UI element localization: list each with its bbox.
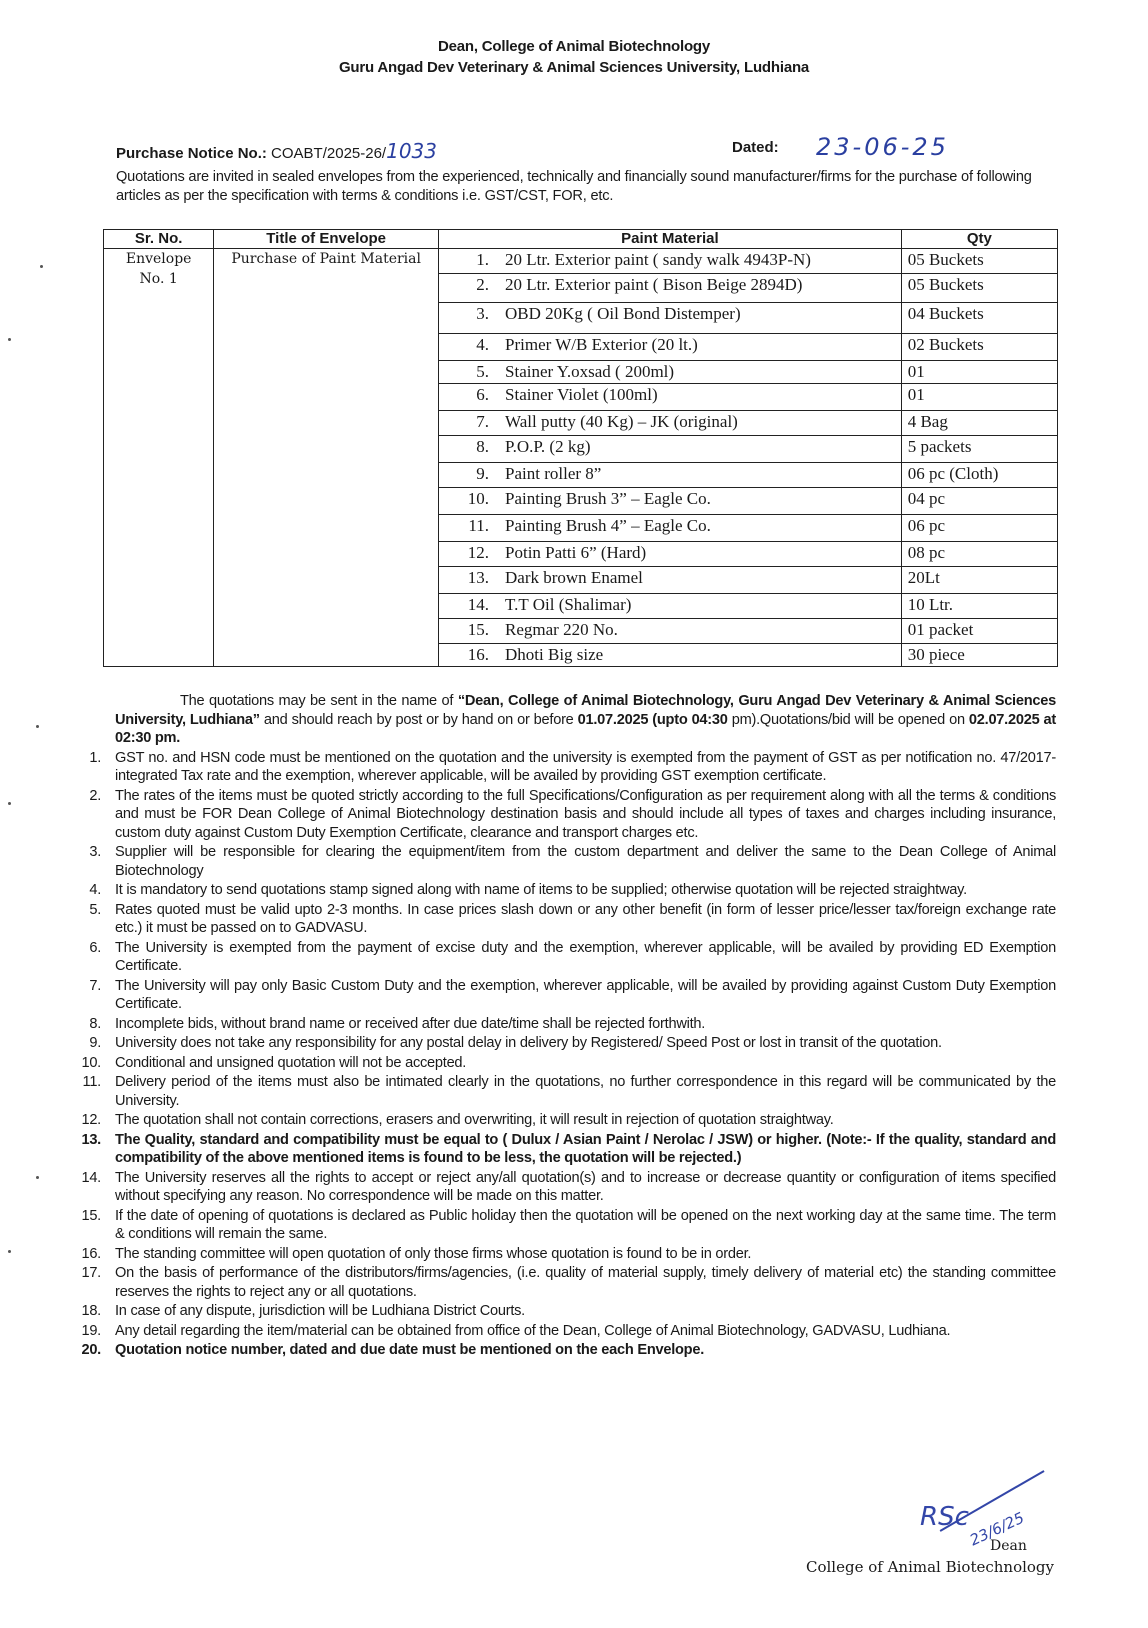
scan-speck [8,802,11,805]
item-number: 11. [451,515,489,537]
condition-item: 8.Incomplete bids, without brand name or… [60,1015,1056,1034]
condition-number: 4. [60,881,115,900]
condition-item: 1.GST no. and HSN code must be mentioned… [60,749,1056,786]
material-cell: 14.T.T Oil (Shalimar) [439,594,902,619]
item-number: 1. [451,249,489,271]
terms-section: The quotations may be sent in the name o… [60,692,1056,1361]
scan-speck [8,1250,11,1253]
notice-number-handwritten: 1033 [386,139,437,163]
condition-item: 18.In case of any dispute, jurisdiction … [60,1302,1056,1321]
purchase-notice-page: Dean, College of Animal Biotechnology Gu… [0,0,1148,1628]
submission-paragraph: The quotations may be sent in the name o… [60,692,1056,748]
condition-item: 20.Quotation notice number, dated and du… [60,1341,1056,1360]
condition-item: 3.Supplier will be responsible for clear… [60,843,1056,880]
header-dean-title: Dean, College of Animal Biotechnology [0,38,1148,55]
condition-item: 6.The University is exempted from the pa… [60,939,1056,976]
condition-item: 13.The Quality, standard and compatibili… [60,1131,1056,1168]
condition-item: 9.University does not take any responsib… [60,1034,1056,1053]
item-number: 6. [451,384,489,406]
condition-number: 5. [60,901,115,938]
item-material: 20 Ltr. Exterior paint ( Bison Beige 289… [505,275,802,294]
dated-label: Dated: [732,139,779,156]
condition-item: 7.The University will pay only Basic Cus… [60,977,1056,1014]
header-title-of-envelope: Title of Envelope [214,230,439,249]
conditions-list: 1.GST no. and HSN code must be mentioned… [60,749,1056,1360]
condition-text: Any detail regarding the item/material c… [115,1322,1056,1341]
qty-cell: 01 packet [901,619,1057,644]
envelope-label: Envelope [110,249,207,269]
condition-item: 17.On the basis of performance of the di… [60,1264,1056,1301]
condition-number: 1. [60,749,115,786]
condition-number: 9. [60,1034,115,1053]
item-number: 12. [451,542,489,564]
item-material: Dark brown Enamel [505,568,643,587]
condition-text: Quotation notice number, dated and due d… [115,1341,1056,1360]
dated-handwritten: 23-06-25 [816,133,949,161]
material-cell: 5.Stainer Y.oxsad ( 200ml) [439,361,902,384]
item-number: 15. [451,619,489,641]
condition-text: If the date of opening of quotations is … [115,1207,1056,1244]
qty-cell: 06 pc [901,515,1057,542]
condition-text: The Quality, standard and compatibility … [115,1131,1056,1168]
item-number: 3. [451,303,489,325]
item-material: Painting Brush 4” – Eagle Co. [505,516,711,535]
item-material: Paint roller 8” [505,464,601,483]
item-material: Painting Brush 3” – Eagle Co. [505,489,711,508]
item-material: 20 Ltr. Exterior paint ( sandy walk 4943… [505,250,811,269]
item-number: 4. [451,334,489,356]
qty-cell: 05 Buckets [901,274,1057,303]
condition-text: The rates of the items must be quoted st… [115,787,1056,843]
item-material: Primer W/B Exterior (20 lt.) [505,335,698,354]
submission-text-2: and should reach by post or by hand on o… [260,712,578,728]
item-material: OBD 20Kg ( Oil Bond Distemper) [505,304,741,323]
condition-text: It is mandatory to send quotations stamp… [115,881,1056,900]
condition-number: 3. [60,843,115,880]
material-cell: 1.20 Ltr. Exterior paint ( sandy walk 49… [439,249,902,274]
condition-number: 18. [60,1302,115,1321]
scan-speck [8,338,11,341]
condition-number: 13. [60,1131,115,1168]
condition-text: University does not take any responsibil… [115,1034,1056,1053]
item-material: Stainer Violet (100ml) [505,385,658,404]
material-cell: 3.OBD 20Kg ( Oil Bond Distemper) [439,303,902,334]
condition-number: 20. [60,1341,115,1360]
item-number: 5. [451,361,489,383]
condition-number: 2. [60,787,115,843]
condition-text: The University is exempted from the paym… [115,939,1056,976]
condition-item: 5.Rates quoted must be valid upto 2-3 mo… [60,901,1056,938]
items-table: Sr. No. Title of Envelope Paint Material… [103,229,1058,667]
intro-paragraph: Quotations are invited in sealed envelop… [116,168,1056,206]
qty-cell: 08 pc [901,542,1057,567]
condition-item: 11.Delivery period of the items must als… [60,1073,1056,1110]
condition-number: 15. [60,1207,115,1244]
table-row: EnvelopeNo. 1Purchase of Paint Material1… [104,249,1058,274]
qty-cell: 04 Buckets [901,303,1057,334]
item-number: 10. [451,488,489,510]
condition-text: Incomplete bids, without brand name or r… [115,1015,1056,1034]
material-cell: 11.Painting Brush 4” – Eagle Co. [439,515,902,542]
item-number: 7. [451,411,489,433]
material-cell: 4.Primer W/B Exterior (20 lt.) [439,334,902,361]
condition-text: Supplier will be responsible for clearin… [115,843,1056,880]
item-number: 16. [451,644,489,666]
qty-cell: 30 piece [901,644,1057,667]
qty-cell: 06 pc (Cloth) [901,463,1057,488]
scan-speck [36,725,39,728]
envelope-number-cell: EnvelopeNo. 1 [104,249,214,667]
condition-item: 4.It is mandatory to send quotations sta… [60,881,1056,900]
qty-cell: 01 [901,384,1057,411]
scan-speck [36,1176,39,1179]
header-qty: Qty [901,230,1057,249]
envelope-number: No. 1 [110,269,207,289]
condition-text: On the basis of performance of the distr… [115,1264,1056,1301]
material-cell: 15.Regmar 220 No. [439,619,902,644]
material-cell: 2.20 Ltr. Exterior paint ( Bison Beige 2… [439,274,902,303]
condition-item: 15.If the date of opening of quotations … [60,1207,1056,1244]
qty-cell: 02 Buckets [901,334,1057,361]
signatory-office: College of Animal Biotechnology [806,1558,1054,1576]
scan-speck [40,265,43,268]
condition-item: 10.Conditional and unsigned quotation wi… [60,1054,1056,1073]
notice-number-printed: COABT/2025-26/ [271,145,386,162]
item-material: P.O.P. (2 kg) [505,437,591,456]
item-number: 2. [451,274,489,296]
condition-number: 17. [60,1264,115,1301]
condition-number: 10. [60,1054,115,1073]
qty-cell: 5 packets [901,436,1057,463]
notice-number-label: Purchase Notice No.: [116,145,267,162]
condition-text: The quotation shall not contain correcti… [115,1111,1056,1130]
condition-number: 6. [60,939,115,976]
header-university-name: Guru Angad Dev Veterinary & Animal Scien… [0,59,1148,76]
condition-number: 11. [60,1073,115,1110]
condition-item: 14.The University reserves all the right… [60,1169,1056,1206]
condition-number: 12. [60,1111,115,1130]
qty-cell: 4 Bag [901,411,1057,436]
condition-item: 12.The quotation shall not contain corre… [60,1111,1056,1130]
condition-text: GST no. and HSN code must be mentioned o… [115,749,1056,786]
envelope-title-cell: Purchase of Paint Material [214,249,439,667]
condition-number: 7. [60,977,115,1014]
item-material: Dhoti Big size [505,645,603,664]
material-cell: 12.Potin Patti 6” (Hard) [439,542,902,567]
qty-cell: 10 Ltr. [901,594,1057,619]
qty-cell: 01 [901,361,1057,384]
material-cell: 13.Dark brown Enamel [439,567,902,594]
condition-text: Conditional and unsigned quotation will … [115,1054,1056,1073]
item-number: 13. [451,567,489,589]
submission-text-3: pm).Quotations/bid will be opened on [728,712,969,728]
item-material: Regmar 220 No. [505,620,618,639]
condition-number: 19. [60,1322,115,1341]
condition-item: 2.The rates of the items must be quoted … [60,787,1056,843]
condition-text: In case of any dispute, jurisdiction wil… [115,1302,1056,1321]
item-material: T.T Oil (Shalimar) [505,595,631,614]
purchase-notice-line: Purchase Notice No.: COABT/2025-26/1033 … [116,139,1036,163]
material-cell: 10.Painting Brush 3” – Eagle Co. [439,488,902,515]
condition-item: 19.Any detail regarding the item/materia… [60,1322,1056,1341]
condition-number: 8. [60,1015,115,1034]
item-number: 14. [451,594,489,616]
condition-number: 14. [60,1169,115,1206]
condition-text: Delivery period of the items must also b… [115,1073,1056,1110]
item-number: 9. [451,463,489,485]
item-number: 8. [451,436,489,458]
material-cell: 9.Paint roller 8” [439,463,902,488]
submission-text-1: The quotations may be sent in the name o… [180,693,458,709]
table-header-row: Sr. No. Title of Envelope Paint Material… [104,230,1058,249]
qty-cell: 20Lt [901,567,1057,594]
material-cell: 7.Wall putty (40 Kg) – JK (original) [439,411,902,436]
item-material: Potin Patti 6” (Hard) [505,543,646,562]
material-cell: 16.Dhoti Big size [439,644,902,667]
qty-cell: 05 Buckets [901,249,1057,274]
condition-number: 16. [60,1245,115,1264]
header-sr-no: Sr. No. [104,230,214,249]
condition-text: The University will pay only Basic Custo… [115,977,1056,1014]
condition-text: Rates quoted must be valid upto 2-3 mont… [115,901,1056,938]
signatory-designation: Dean [990,1538,1027,1554]
header-paint-material: Paint Material [439,230,902,249]
qty-cell: 04 pc [901,488,1057,515]
item-material: Wall putty (40 Kg) – JK (original) [505,412,738,431]
condition-text: The University reserves all the rights t… [115,1169,1056,1206]
material-cell: 8.P.O.P. (2 kg) [439,436,902,463]
condition-text: The standing committee will open quotati… [115,1245,1056,1264]
condition-item: 16.The standing committee will open quot… [60,1245,1056,1264]
submission-due-date: 01.07.2025 (upto 04:30 [578,712,728,728]
material-cell: 6.Stainer Violet (100ml) [439,384,902,411]
item-material: Stainer Y.oxsad ( 200ml) [505,362,674,381]
